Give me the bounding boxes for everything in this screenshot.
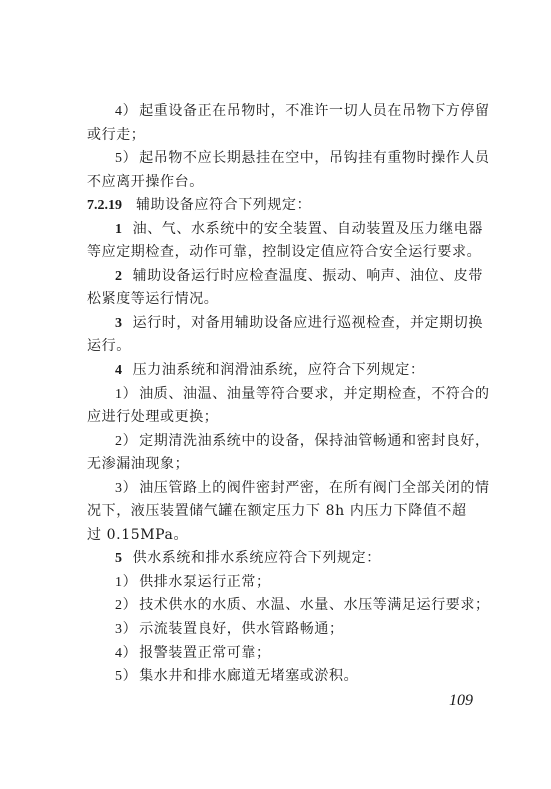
crane-item-4: 4）起重设备正在吊物时，不准许一切人员在吊物下方停留 [87, 100, 473, 124]
line-text: 油、气、水系统中的安全装置、自动装置及压力继电器 [133, 221, 483, 237]
line-text: 运行时，对备用辅助设备应进行巡视检查，并定期切换 [133, 315, 483, 331]
line-text: 报警装置正常可靠； [139, 645, 270, 661]
page-number: 109 [449, 692, 473, 710]
line-text: 油质、油温、油量等符合要求，并定期检查，不符合的 [139, 386, 489, 402]
line-text: 应进行处理或更换； [87, 409, 218, 425]
line-text: 定期清洗油系统中的设备，保持油管畅通和密封良好， [139, 433, 489, 449]
item-3: 3运行时，对备用辅助设备应进行巡视检查，并定期切换 [87, 312, 473, 336]
item-4-sub-1: 1）油质、油温、油量等符合要求，并定期检查，不符合的 [87, 383, 473, 407]
item-2: 2辅助设备运行时应检查温度、振动、响声、油位、皮带 [87, 265, 473, 289]
crane-item-5-cont: 不应离开操作台。 [87, 171, 473, 195]
line-text: 供排水泵运行正常； [139, 574, 270, 590]
item-number: 4 [115, 363, 123, 378]
line-text: 等应定期检查，动作可靠，控制设定值应符合安全运行要求。 [87, 244, 481, 260]
line-text: 况下，液压装置储气罐在额定压力下 8h 内压力下降值不超 [87, 503, 467, 519]
line-text: 起重设备正在吊物时，不准许一切人员在吊物下方停留 [139, 103, 489, 119]
item-5-sub-2: 2）技术供水的水质、水温、水量、水压等满足运行要求； [87, 594, 473, 618]
item-2-cont: 松紧度等运行情况。 [87, 288, 473, 312]
sub-item-number: 2） [115, 598, 137, 613]
line-text: 运行。 [87, 338, 131, 354]
line-text: 技术供水的水质、水温、水量、水压等满足运行要求； [139, 597, 489, 613]
item-4-sub-2: 2）定期清洗油系统中的设备，保持油管畅通和密封良好， [87, 430, 473, 454]
item-4: 4压力油系统和润滑油系统，应符合下列规定： [87, 359, 473, 383]
item-1-cont: 等应定期检查，动作可靠，控制设定值应符合安全运行要求。 [87, 241, 473, 265]
line-text: 松紧度等运行情况。 [87, 291, 218, 307]
item-number: 1 [115, 222, 123, 237]
clause-heading-7-2-19: 7.2.19辅助设备应符合下列规定： [87, 194, 473, 218]
sub-item-number: 2） [115, 434, 137, 449]
item-5-sub-1: 1）供排水泵运行正常； [87, 571, 473, 595]
line-text: 供水系统和排水系统应符合下列规定： [133, 550, 381, 566]
line-text: 过 0.15MPa。 [87, 527, 188, 543]
item-4-sub-3: 3）油压管路上的阀件密封严密，在所有阀门全部关闭的情 [87, 477, 473, 501]
line-text: 不应离开操作台。 [87, 174, 204, 190]
item-4-sub-3-cont: 况下，液压装置储气罐在额定压力下 8h 内压力下降值不超 [87, 500, 473, 524]
line-text: 无渗漏油现象； [87, 456, 189, 472]
item-5-sub-5: 5）集水井和排水廊道无堵塞或淤积。 [87, 665, 473, 689]
item-number: 3 [115, 316, 123, 331]
item-5-sub-3: 3）示流装置良好，供水管路畅通； [87, 618, 473, 642]
sub-item-number: 3） [115, 481, 137, 496]
crane-item-5: 5）起吊物不应长期悬挂在空中，吊钩挂有重物时操作人员 [87, 147, 473, 171]
crane-item-4-cont: 或行走； [87, 124, 473, 148]
line-text: 示流装置良好，供水管路畅通； [139, 621, 343, 637]
sub-item-number: 3） [115, 622, 137, 637]
sub-item-number: 5） [115, 669, 137, 684]
document-body: 4）起重设备正在吊物时，不准许一切人员在吊物下方停留 或行走； 5）起吊物不应长… [87, 100, 473, 689]
item-4-sub-1-cont: 应进行处理或更换； [87, 406, 473, 430]
line-text: 压力油系统和润滑油系统，应符合下列规定： [133, 362, 425, 378]
item-number: 2 [115, 269, 123, 284]
line-text: 辅助设备运行时应检查温度、振动、响声、油位、皮带 [133, 268, 483, 284]
item-4-sub-3-cont-2: 过 0.15MPa。 [87, 524, 473, 548]
item-4-sub-2-cont: 无渗漏油现象； [87, 453, 473, 477]
item-1: 1油、气、水系统中的安全装置、自动装置及压力继电器 [87, 218, 473, 242]
line-text: 起吊物不应长期悬挂在空中，吊钩挂有重物时操作人员 [139, 150, 489, 166]
sub-item-number: 1） [115, 387, 137, 402]
item-5: 5供水系统和排水系统应符合下列规定： [87, 547, 473, 571]
sub-item-number: 4） [115, 104, 137, 119]
line-text: 油压管路上的阀件密封严密，在所有阀门全部关闭的情 [139, 480, 489, 496]
line-text: 集水井和排水廊道无堵塞或淤积。 [139, 668, 358, 684]
clause-title: 辅助设备应符合下列规定： [136, 197, 311, 213]
clause-number: 7.2.19 [87, 198, 122, 213]
sub-item-number: 5） [115, 151, 137, 166]
line-text: 或行走； [87, 127, 145, 143]
sub-item-number: 4） [115, 646, 137, 661]
item-3-cont: 运行。 [87, 335, 473, 359]
sub-item-number: 1） [115, 575, 137, 590]
item-number: 5 [115, 551, 123, 566]
item-5-sub-4: 4）报警装置正常可靠； [87, 642, 473, 666]
